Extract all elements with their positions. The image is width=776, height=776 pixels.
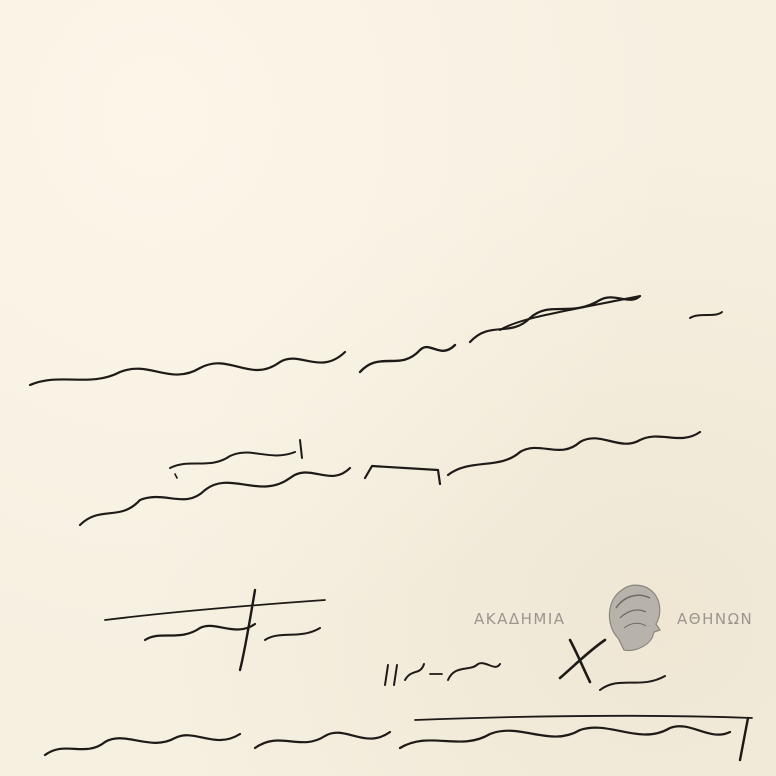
handwriting-line-5 [385, 640, 665, 690]
handwriting-line-2 [80, 432, 700, 525]
handwriting-line-6 [45, 716, 752, 760]
handwriting-strokes [0, 0, 776, 776]
manuscript-page: ΑΚΑΔΗΜΙΑ ΑΘΗΝΩΝ [0, 0, 776, 776]
handwriting-line-3 [170, 440, 302, 478]
handwriting-line-1 [30, 296, 722, 385]
handwriting-line-4 [105, 590, 325, 670]
